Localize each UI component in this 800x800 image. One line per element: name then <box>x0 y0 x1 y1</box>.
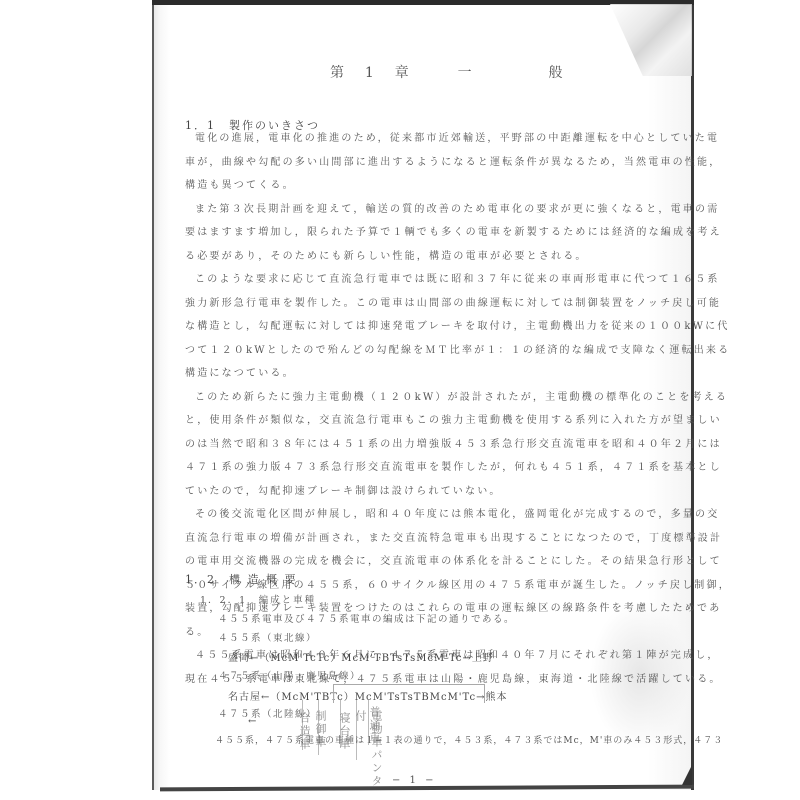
paragraph-line: 強力新形急行電車を製作した。この電車は山間部の曲線運転に対しては制御装置をノッチ… <box>185 292 655 316</box>
formation-label: ４７５系（山陽・鹿児島線） <box>218 668 361 682</box>
paragraph-line: 構造も異つてくる。 <box>185 174 655 198</box>
chapter-title: 第 1 章 一 般 <box>330 62 530 82</box>
chapter-title-char: 般 <box>549 62 567 82</box>
paragraph-line: つて１２０kWとしたので殆んどの勾配線をＭＴ比率が１：１の経済的な編成で支障なく… <box>185 339 655 363</box>
formation-intro: ４５５系電車及び４７５系電車の編成は下記の通りである。 <box>218 611 515 625</box>
paragraph-line: ていたので，勾配抑速ブレーキ制御は設けられていない。 <box>185 480 655 504</box>
paragraph-line: また第３次長期計画を迎えて，輸送の質的改善のため電車化の要求が更に強くなると，電… <box>185 198 655 222</box>
paragraph-line: 直流急行電車の増備が計画され，また交直流特急電車も出現することになつたので，丁度… <box>185 527 655 551</box>
paragraph-line: 車が，曲線や勾配の多い山間部に進出するようになると運転条件が異なるため，当然電車… <box>185 151 655 175</box>
formation-diagram: 盛岡←（McM'TcTc）McM'TBTsTsMcM'Tc→上野 <box>228 649 494 664</box>
chapter-title-char: 一 <box>458 62 476 82</box>
chapter-title-char: 章 <box>395 62 413 82</box>
paragraph-line: 要はますます増加し，限られた予算で１輌でも多くの電車を新製するためには経済的な編… <box>185 221 655 245</box>
paragraph-line: と，使用条件が類似な，交直流急行電車もこの強力主電動機を使用する系列に入れた方が… <box>185 409 655 433</box>
subsection-heading: 1．2．1 編成と車種 <box>200 592 316 606</box>
page-number: − 1 − <box>392 775 436 786</box>
paragraph-line: このため新らたに強力主電動機（１２０kW）が設計されたが，主電動機の標準化のこと… <box>185 386 655 410</box>
chapter-title-char: 1 <box>365 65 378 81</box>
paragraph-line: このような要求に応じて直流急行電車では既に昭和３７年に従来の車両形電車に代つて１… <box>185 268 655 292</box>
formation-origin: 名古屋← <box>228 692 270 703</box>
paragraph-line: のは当然で昭和３８年には４５１系の出力増強版４５３系急行形交直流電車を昭和４０年… <box>185 433 655 457</box>
formation-destination: →上野 <box>463 653 494 664</box>
section-body: 電化の進展，電車化の推進のため，従来都市近郊輸送，平野部の中距離運転を中心として… <box>185 127 655 691</box>
paragraph-line: 電化の進展，電車化の推進のため，従来都市近郊輸送，平野部の中距離運転を中心として… <box>185 127 655 151</box>
formation-arrow: ← <box>248 716 257 727</box>
formation-cars: （McM'TcTc）McM'TBTsTsMcM'Tc <box>259 653 462 664</box>
closing-line: ４５５系，４７５系電車の車種は１−１表の通りで，４５３系，４７３系ではMc，M'… <box>215 733 723 746</box>
paragraph-line: 構造になつている。 <box>185 362 655 386</box>
chapter-title-char: 第 <box>330 62 348 82</box>
paragraph-line: ４７１系の強力版４７３系急行形交直流電車を製作したが，何れも４５１系，４７１系を… <box>185 456 655 480</box>
section-heading: 1．2 構 造 概 要 <box>185 568 298 592</box>
paragraph-line: る必要があり，そのためにも新らしい性能，構造の電車が必要とされる。 <box>185 245 655 269</box>
formation-origin: 盛岡← <box>228 653 259 664</box>
paragraph-line: な構造とし，勾配運転に対しては抑速発電ブレーキを取付け，主電動機出力を従来の１０… <box>185 315 655 339</box>
paragraph-line: その後交流電化区間が伸展し，昭和４０年度には熊本電化，盛岡電化が完成するので，多… <box>185 503 655 527</box>
formation-label: ４５５系（東北線） <box>218 630 317 644</box>
